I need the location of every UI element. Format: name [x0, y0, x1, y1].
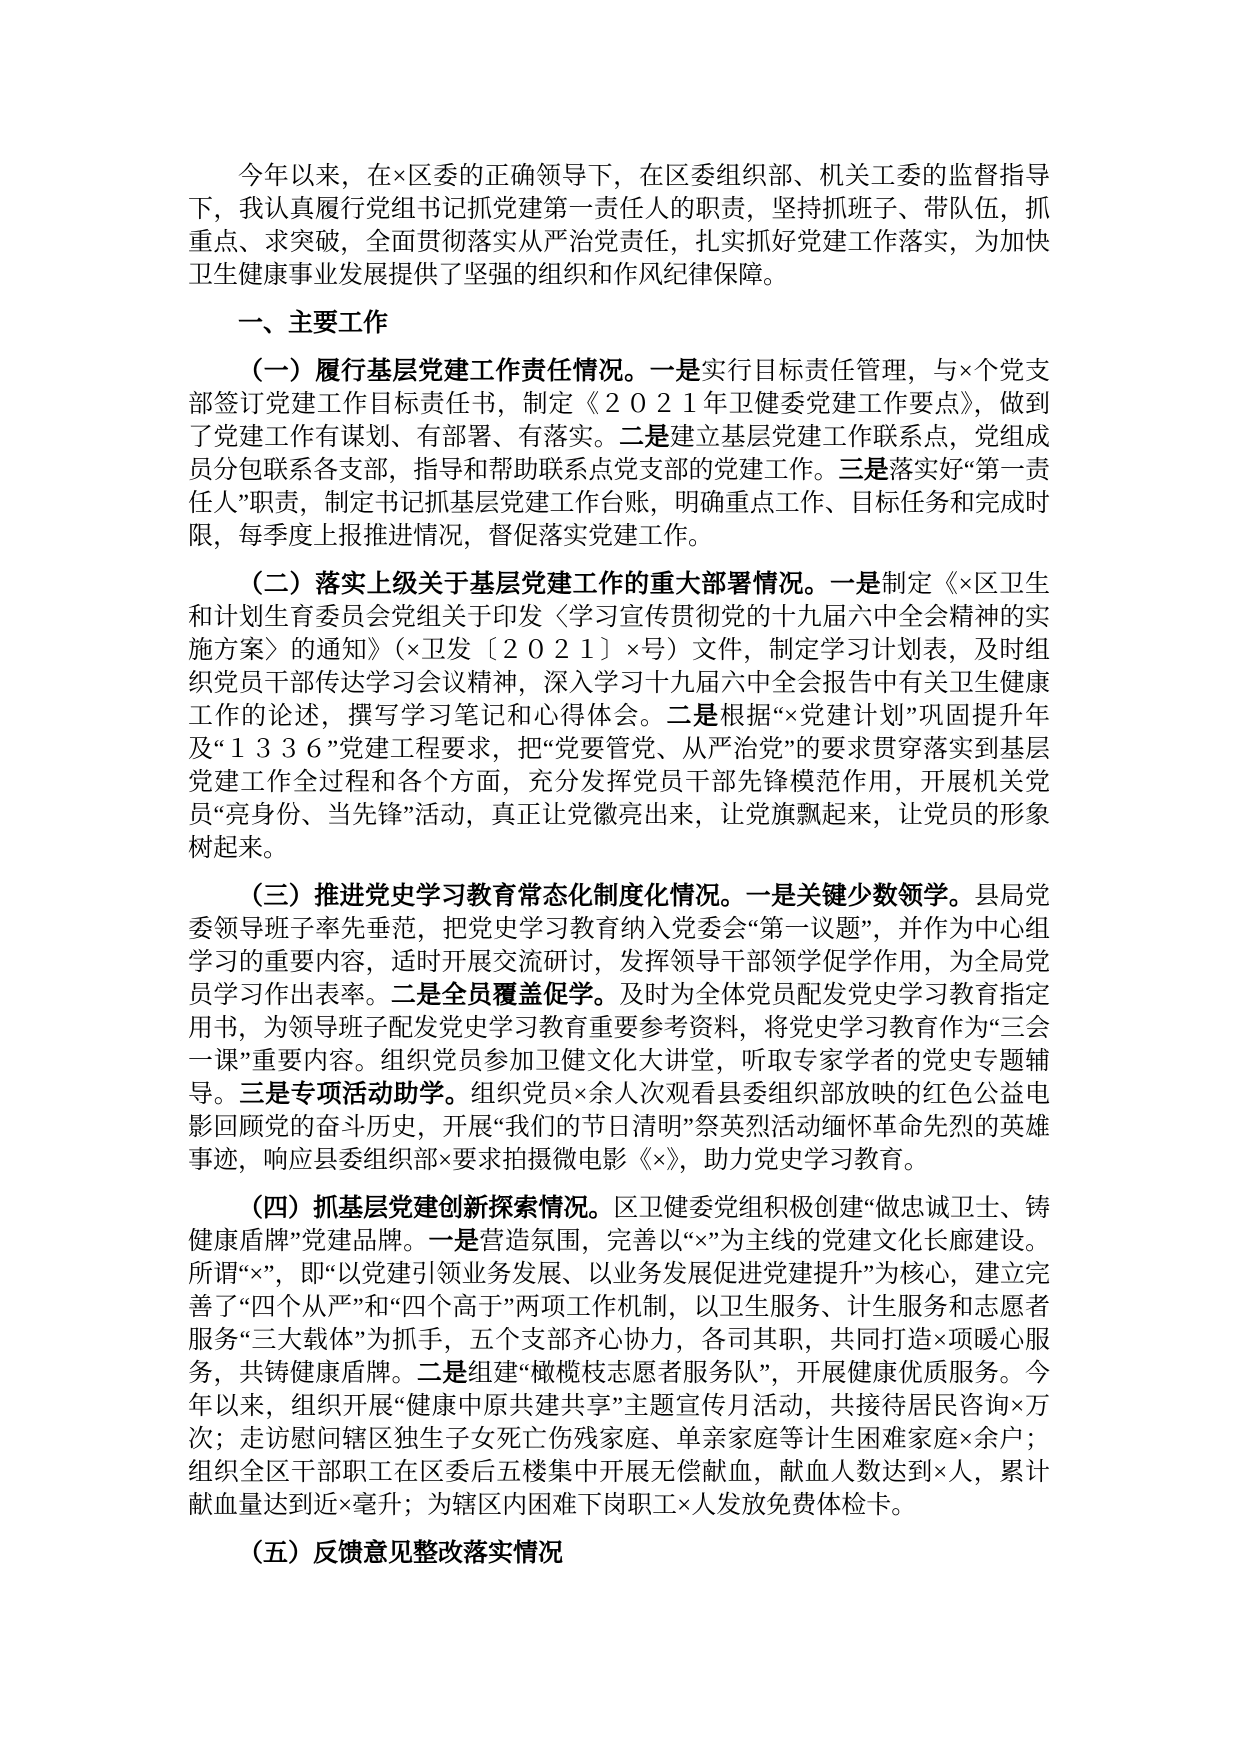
heading-section-5: （五）反馈意见整改落实情况	[188, 1537, 1050, 1570]
bold-run: 一、主要工作	[238, 309, 388, 337]
paragraph-section-2: （二）落实上级关于基层党建工作的重大部署情况。一是制定《×区卫生和计划生育委员会…	[188, 568, 1050, 865]
bold-run: 三是	[839, 456, 889, 484]
bold-run: （一）履行基层党建工作责任情况。一是	[238, 357, 701, 385]
bold-run: （三）推进党史学习教育常态化制度化情况。一是关键少数领学。	[238, 882, 974, 910]
bold-run: 二是	[417, 1359, 468, 1387]
bold-run: （二）落实上级关于基层党建工作的重大部署情况。一是	[238, 570, 881, 598]
paragraph-section-4: （四）抓基层党建创新探索情况。区卫健委党组积极创建“做忠诚卫士、铸健康盾牌”党建…	[188, 1192, 1050, 1522]
bold-run: 三是专项活动助学。	[239, 1080, 470, 1108]
paragraph-section-1: （一）履行基层党建工作责任情况。一是实行目标责任管理，与×个党支部签订党建工作目…	[188, 355, 1050, 553]
paragraph-section-3: （三）推进党史学习教育常态化制度化情况。一是关键少数领学。县局党委领导班子率先垂…	[188, 880, 1050, 1177]
paragraph-intro: 今年以来，在×区委的正确领导下，在区委组织部、机关工委的监督指导下，我认真履行党…	[188, 160, 1050, 292]
text-run: 今年以来，在×区委的正确领导下，在区委组织部、机关工委的监督指导下，我认真履行党…	[188, 163, 1050, 289]
bold-run: 二是全员覆盖促学。	[391, 981, 619, 1009]
document-page: 今年以来，在×区委的正确领导下，在区委组织部、机关工委的监督指导下，我认真履行党…	[0, 0, 1240, 1754]
heading-main-work: 一、主要工作	[188, 307, 1050, 340]
bold-run: 一是	[429, 1227, 480, 1255]
bold-run: （四）抓基层党建创新探索情况。	[238, 1194, 613, 1222]
bold-run: 二是	[619, 423, 670, 451]
bold-run: 二是	[667, 702, 720, 730]
bold-run: （五）反馈意见整改落实情况	[238, 1539, 563, 1567]
document-content: 今年以来，在×区委的正确领导下，在区委组织部、机关工委的监督指导下，我认真履行党…	[188, 160, 1050, 1570]
